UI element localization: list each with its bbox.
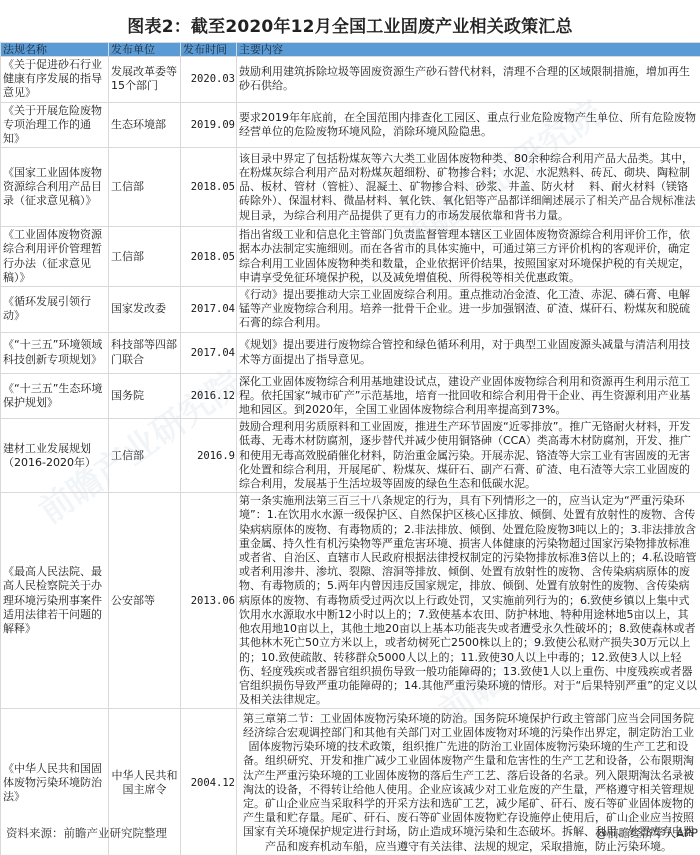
policy-date: 2018.05 — [181, 227, 237, 287]
policy-content: 鼓励合理利用劣质原料和工业固废，推进生产环节固废“近零排放”。推广无铬耐火材料，… — [237, 419, 700, 493]
policy-issuer: 工信部 — [109, 419, 181, 493]
policy-name: 《“十三五”环境领域科技创新专项规划》 — [1, 332, 109, 373]
table-header-row: 法规名称 发布单位 发布时间 主要内容 — [1, 43, 700, 57]
table-row: 《循环发展引领行动》 国家发改委 2017.04 《行动》提出要推动大宗工业固废… — [1, 287, 700, 333]
policy-issuer: 国务院 — [109, 373, 181, 419]
credit-note: @前瞻经济学人APP — [596, 825, 698, 841]
page-title: 图表2：截至2020年12月全国工业固废产业相关政策汇总 — [0, 12, 700, 37]
policy-content: 《行动》提出要推动大宗工业固废综合利用。重点推动冶金渣、化工渣、赤泥、磷石膏、电… — [237, 287, 700, 333]
policy-content: 深化工业固体废物综合利用基地建设试点，建设产业固体废物综合利用和资源再生利用示范… — [237, 373, 700, 419]
policy-name: 《循环发展引领行动》 — [1, 287, 109, 333]
policy-date: 2019.09 — [181, 102, 237, 148]
policy-content: 要求2019年年底前，在全国范围内排查化工园区、重点行业危险废物产生单位、所有危… — [237, 102, 700, 148]
policy-content: 指出省级工业和信息化主管部门负责监督管理本辖区工业固体废物资源综合利用评价工作，… — [237, 227, 700, 287]
policy-date: 2013.06 — [181, 493, 237, 709]
column-header-date: 发布时间 — [181, 43, 237, 57]
policy-date: 2020.03 — [181, 57, 237, 103]
source-note: 资料来源：前瞻产业研究院整理 — [6, 825, 167, 841]
table-row: 《最高人民法院、最高人民检察院关于办理环境污染刑事案件适用法律若干问题的解释》 … — [1, 493, 700, 709]
policy-name: 《关于促进砂石行业健康有序发展的指导意见》 — [1, 57, 109, 103]
policy-name: 《最高人民法院、最高人民检察院关于办理环境污染刑事案件适用法律若干问题的解释》 — [1, 493, 109, 709]
policy-issuer: 公安部等 — [109, 493, 181, 709]
table-row: 建材工业发展规划（2016-2020年） 工信部 2016.9 鼓励合理利用劣质… — [1, 419, 700, 493]
table-row: 《“十三五”生态环境保护规划》 国务院 2016.12 深化工业固体废物综合利用… — [1, 373, 700, 419]
policy-issuer: 工信部 — [109, 148, 181, 227]
policy-name: 《国家工业固体废物资源综合利用产品目录（征求意见稿）》 — [1, 148, 109, 227]
policy-issuer: 生态环境部 — [109, 102, 181, 148]
policy-date: 2017.04 — [181, 332, 237, 373]
policy-date: 2016.9 — [181, 419, 237, 493]
policy-date: 2017.04 — [181, 287, 237, 333]
policy-name: 建材工业发展规划（2016-2020年） — [1, 419, 109, 493]
policy-content: 《规划》提出要进行废物综合管控和绿色循环利用，对于典型工业固废源头减量与清洁利用… — [237, 332, 700, 373]
table-row: 《关于开展危险废物专项治理工作的通知》 生态环境部 2019.09 要求2019… — [1, 102, 700, 148]
policy-content: 鼓励利用建筑拆除垃圾等固废资源生产砂石替代材料，清理不合理的区域限制措施，增加再… — [237, 57, 700, 103]
table-row: 《关于促进砂石行业健康有序发展的指导意见》 发展改革委等15个部门 2020.0… — [1, 57, 700, 103]
policy-name: 《“十三五”生态环境保护规划》 — [1, 373, 109, 419]
column-header-issuer: 发布单位 — [109, 43, 181, 57]
policy-date: 2004.12 — [181, 709, 237, 855]
table-row: 《“十三五”环境领域科技创新专项规划》 科技部等四部门联合 2017.04 《规… — [1, 332, 700, 373]
policy-content: 该目录中界定了包括粉煤灰等六大类工业固体废物种类、80余种综合利用产品大品类。其… — [237, 148, 700, 227]
policy-date: 2018.05 — [181, 148, 237, 227]
column-header-name: 法规名称 — [1, 43, 109, 57]
policy-issuer: 科技部等四部门联合 — [109, 332, 181, 373]
policy-date: 2016.12 — [181, 373, 237, 419]
table-row: 《国家工业固体废物资源综合利用产品目录（征求意见稿）》 工信部 2018.05 … — [1, 148, 700, 227]
policy-issuer: 工信部 — [109, 227, 181, 287]
policy-content: 第一条实施刑法第三百三十八条规定的行为，具有下列情形之一的，应当认定为“严重污染… — [237, 493, 700, 709]
table-row: 《工业固体废物资源综合利用评价管理暂行办法（征求意见稿）》 工信部 2018.0… — [1, 227, 700, 287]
policy-name: 《工业固体废物资源综合利用评价管理暂行办法（征求意见稿）》 — [1, 227, 109, 287]
policy-issuer: 发展改革委等15个部门 — [109, 57, 181, 103]
policy-name: 《关于开展危险废物专项治理工作的通知》 — [1, 102, 109, 148]
column-header-content: 主要内容 — [237, 43, 700, 57]
policy-issuer: 国家发改委 — [109, 287, 181, 333]
policy-table: 法规名称 发布单位 发布时间 主要内容 《关于促进砂石行业健康有序发展的指导意见… — [0, 42, 700, 855]
